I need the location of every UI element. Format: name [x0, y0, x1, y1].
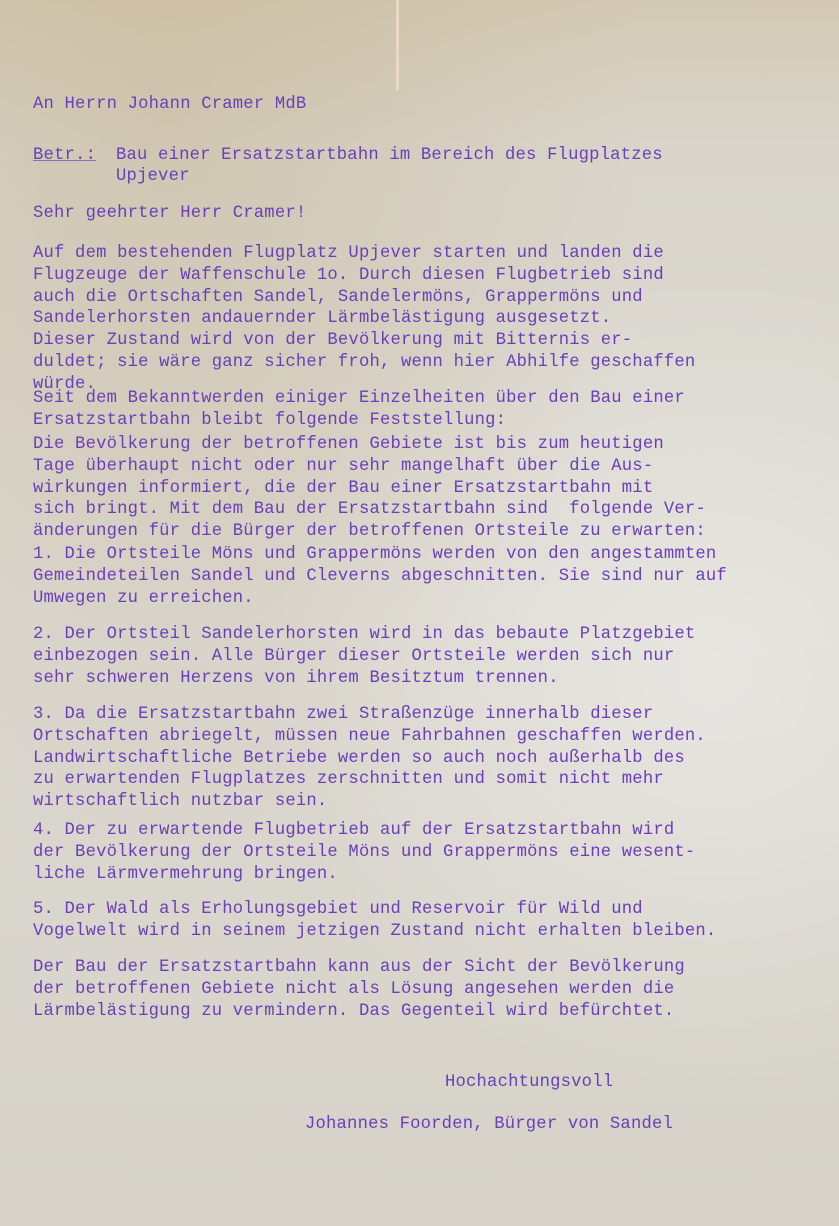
list-item: 5. Der Wald als Erholungsgebiet und Rese…: [33, 899, 716, 943]
paper-fold-mark: [396, 0, 399, 90]
closing: Hochachtungsvoll: [445, 1073, 613, 1092]
subject-label: Betr.:: [33, 145, 96, 167]
paragraph-population-info: Die Bevölkerung der betroffenen Gebiete …: [33, 434, 706, 543]
list-item: 3. Da die Ersatzstartbahn zwei Straßenzü…: [33, 704, 706, 813]
salutation: Sehr geehrter Herr Cramer!: [33, 203, 306, 225]
typewritten-letter: An Herrn Johann Cramer MdB Betr.: Bau ei…: [0, 0, 839, 1226]
paragraph-intro: Auf dem bestehenden Flugplatz Upjever st…: [33, 243, 695, 396]
subject-line-2: Upjever: [116, 166, 190, 188]
paragraph-conclusion: Der Bau der Ersatzstartbahn kann aus der…: [33, 957, 685, 1022]
list-item: 2. Der Ortsteil Sandelerhorsten wird in …: [33, 624, 695, 689]
subject-line-1: Bau einer Ersatzstartbahn im Bereich des…: [116, 145, 663, 167]
addressee: An Herrn Johann Cramer MdB: [33, 94, 306, 116]
list-item: 1. Die Ortsteile Möns und Grappermöns we…: [33, 544, 727, 609]
paragraph-finding-intro: Seit dem Bekanntwerden einiger Einzelhei…: [33, 388, 685, 432]
signature: Johannes Foorden, Bürger von Sandel: [305, 1115, 673, 1134]
list-item: 4. Der zu erwartende Flugbetrieb auf der…: [33, 820, 695, 885]
